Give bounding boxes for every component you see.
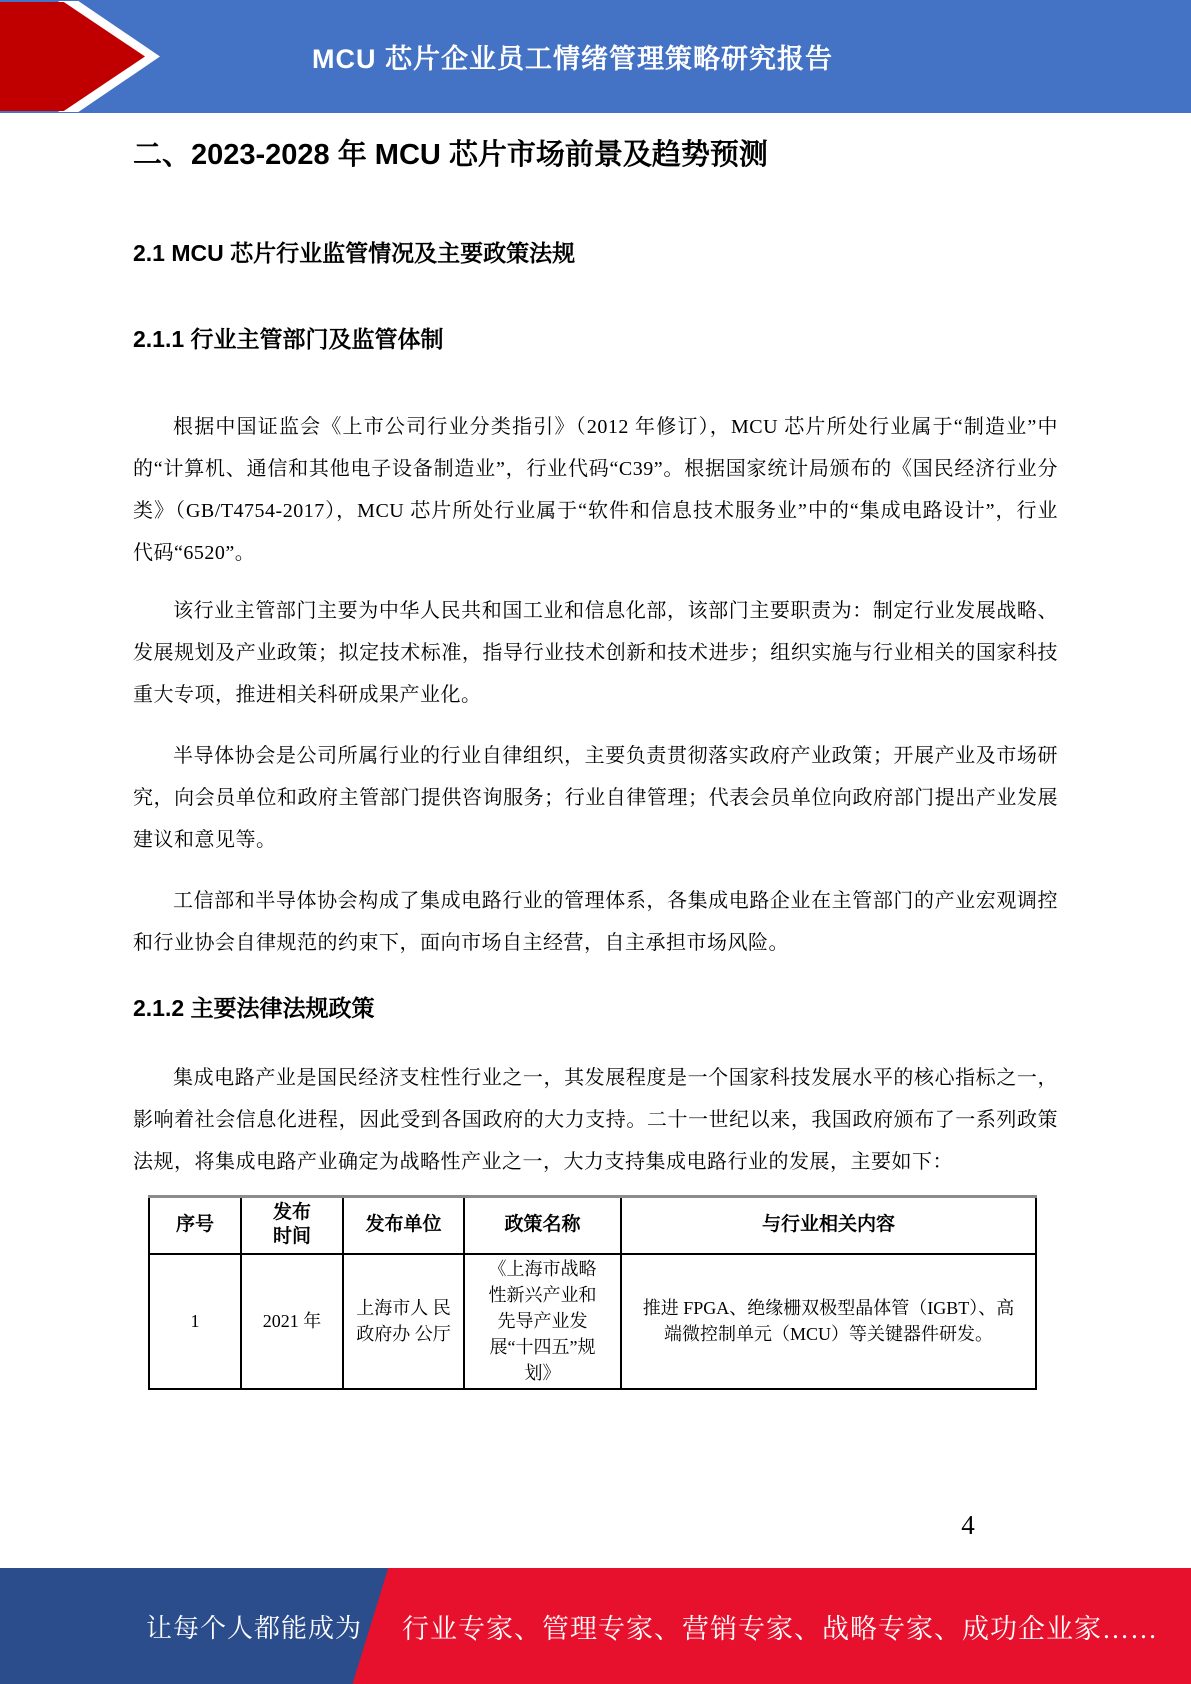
para-semiconductor-association: 半导体协会是公司所属行业的行业自律组织，主要负责贯彻落实政府产业政策；开展产业及… <box>133 735 1058 861</box>
col-header-date: 发布 时间 <box>241 1197 343 1254</box>
subsection-heading-2-1-1: 2.1.1 行业主管部门及监管体制 <box>133 319 1058 359</box>
cell-date: 2021 年 <box>241 1254 343 1389</box>
subsection-heading-2-1-2: 2.1.2 主要法律法规政策 <box>133 988 1058 1028</box>
col-header-index: 序号 <box>149 1197 241 1254</box>
para-policy-intro: 集成电路产业是国民经济支柱性行业之一，其发展程度是一个国家科技发展水平的核心指标… <box>133 1057 1058 1183</box>
cell-issuer: 上海市人 民政府办 公厅 <box>343 1254 464 1389</box>
para-management-system: 工信部和半导体协会构成了集成电路行业的管理体系，各集成电路企业在主管部门的产业宏… <box>133 880 1058 964</box>
cell-index: 1 <box>149 1254 241 1389</box>
cell-content: 推进 FPGA、绝缘栅双极型晶体管（IGBT）、高端微控制单元（MCU）等关键器… <box>621 1254 1036 1389</box>
col-header-issuer: 发布单位 <box>343 1197 464 1254</box>
section-heading-2-1: 2.1 MCU 芯片行业监管情况及主要政策法规 <box>133 233 1058 273</box>
table-row: 1 2021 年 上海市人 民政府办 公厅 《上海市战略性新兴产业和先导产业发展… <box>149 1254 1036 1389</box>
table-header-row: 序号 发布 时间 发布单位 政策名称 与行业相关内容 <box>149 1197 1036 1254</box>
col-header-policy: 政策名称 <box>464 1197 621 1254</box>
document-body: 二、2023-2028 年 MCU 芯片市场前景及趋势预测 2.1 MCU 芯片… <box>133 113 1058 1390</box>
footer-slogan-left: 让每个人都能成为 <box>146 1568 362 1684</box>
policy-table: 序号 发布 时间 发布单位 政策名称 与行业相关内容 1 2021 年 上海市人… <box>148 1195 1037 1390</box>
report-page: MCU 芯片企业员工情绪管理策略研究报告 二、2023-2028 年 MCU 芯… <box>0 0 1191 1684</box>
cell-policy: 《上海市战略性新兴产业和先导产业发展“十四五”规划》 <box>464 1254 621 1389</box>
chapter-heading: 二、2023-2028 年 MCU 芯片市场前景及趋势预测 <box>133 133 1058 177</box>
footer-slogan-right: 行业专家、管理专家、营销专家、战略专家、成功企业家…… <box>402 1568 1158 1684</box>
para-industry-classification: 根据中国证监会《上市公司行业分类指引》（2012 年修订），MCU 芯片所处行业… <box>133 406 1058 574</box>
page-footer: 让每个人都能成为 行业专家、管理专家、营销专家、战略专家、成功企业家…… <box>0 1568 1191 1684</box>
report-title: MCU 芯片企业员工情绪管理策略研究报告 <box>0 0 1145 113</box>
page-header: MCU 芯片企业员工情绪管理策略研究报告 <box>0 0 1191 113</box>
col-header-content: 与行业相关内容 <box>621 1197 1036 1254</box>
para-regulator-duties: 该行业主管部门主要为中华人民共和国工业和信息化部，该部门主要职责为：制定行业发展… <box>133 590 1058 716</box>
page-number: 4 <box>948 1510 988 1541</box>
